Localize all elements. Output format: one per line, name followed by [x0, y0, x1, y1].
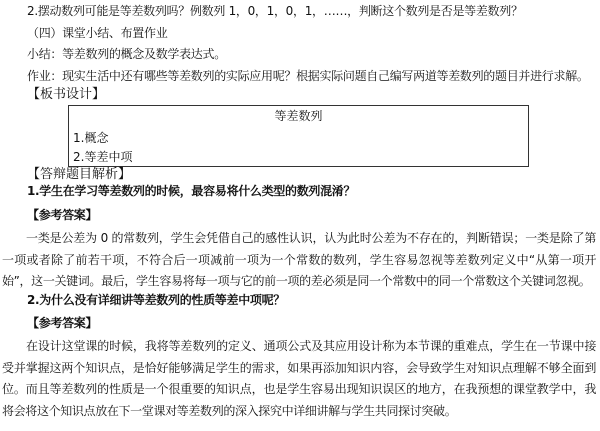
defense-heading: 【答辩题目解析】 [27, 167, 131, 183]
homework-text: 作业：现实生活中还有哪些等差数列的实际应用呢？根据实际问题自己编写两道等差数列的… [27, 68, 589, 84]
board-item-concept: 1.概念 [73, 130, 108, 146]
board-item-arithmetic-mean: 2.等差中项 [73, 149, 132, 165]
defense-question-1: 1.学生在学习等差数列的时候，最容易将什么类型的数列混淆？ [27, 183, 355, 199]
board-design-box: 等差数列 1.概念 2.等差中项 [68, 105, 529, 167]
board-title: 等差数列 [69, 108, 528, 124]
board-design-heading: 【板书设计】 [27, 87, 105, 103]
summary-text: 小结：等差数列的概念及数学表达式。 [27, 46, 226, 62]
answer-label-1: 【参考答案】 [27, 207, 97, 223]
question-2-swing-sequence: 2.摆动数列可能是等差数列吗？例数列 1，0，1，0，1，……，判断这个数列是否… [27, 3, 523, 19]
defense-question-2: 2.为什么没有详细讲等差数列的性质等差中项呢？ [27, 292, 285, 308]
answer-text-2: 在设计这堂课的时候，我将等差数列的定义、通项公式及其应用设计称为本节课的重难点，… [2, 336, 596, 422]
section-heading-summary-homework: （四）课堂小结、布置作业 [27, 25, 167, 41]
answer-label-2: 【参考答案】 [27, 315, 97, 331]
answer-text-1: 一类是公差为 0 的常数列，学生会凭借自己的感性认识，认为此时公差为不存在的，判… [2, 228, 596, 293]
